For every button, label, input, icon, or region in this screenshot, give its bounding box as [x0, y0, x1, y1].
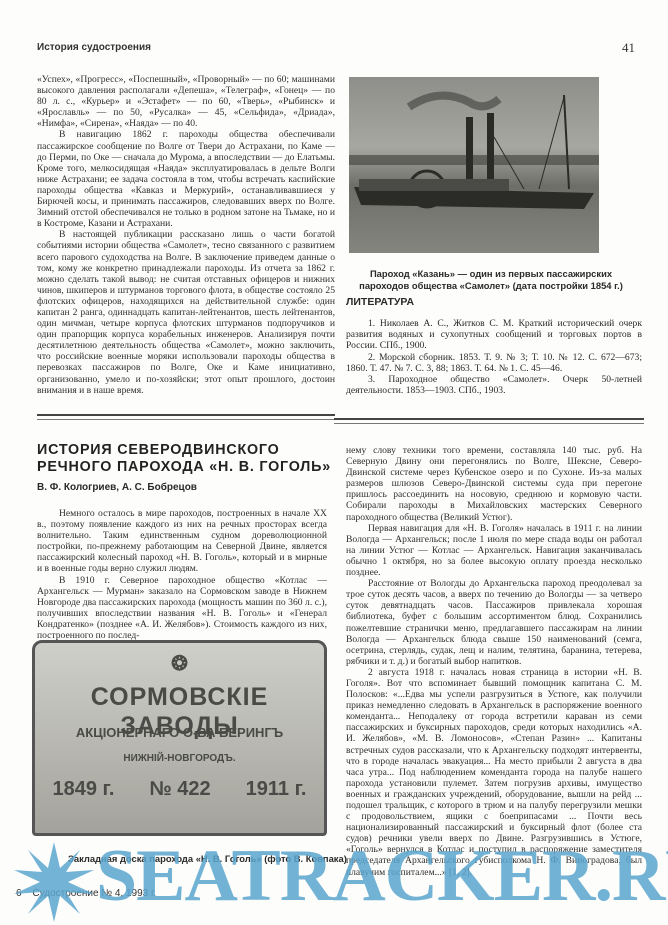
article-column-left: Немного осталось в мире пароходов, постр… [37, 508, 327, 641]
figure-caption-plate: Закладная доска парохода «Н. В. Гоголь» … [68, 853, 347, 864]
plate-year-left: 1849 г. [52, 778, 114, 801]
footer-page-number: 6 [16, 888, 22, 899]
figure-caption-kazan: Пароход «Казань» — один из первых пассаж… [346, 268, 636, 291]
article-title: ИСТОРИЯ СЕВЕРОДВИНСКОГО РЕЧНОГО ПАРОХОДА… [37, 442, 331, 476]
paragraph: Расстояние от Вологды до Архангельска па… [346, 578, 642, 667]
section-divider-left [37, 414, 335, 420]
steamship-kazan-photo [349, 77, 599, 253]
running-head: История судостроения [37, 42, 151, 53]
page-footer: 6 Судостроение № 4, 1993 г. [16, 888, 156, 899]
article-title-line: ИСТОРИЯ СЕВЕРОДВИНСКОГО [37, 442, 331, 459]
paragraph: «Успех», «Прогресс», «Поспешный», «Прово… [37, 74, 335, 129]
paragraph: Первая навигация для «Н. В. Гоголя» нача… [346, 523, 642, 578]
paragraph: В навигацию 1862 г. пароходы общества об… [37, 129, 335, 229]
literature-list: 1. Николаев А. С., Житков С. М. Краткий … [346, 318, 642, 396]
sormovo-plate-photo: ❂ СОРМОВСКІЕ ЗАВОДЫ АКЦІОНЕРНАГО О-ВА БЕ… [32, 640, 327, 836]
paragraph: В 1910 г. Северное пароходное общество «… [37, 575, 327, 642]
footer-journal: Судостроение № 4, 1993 г. [32, 888, 156, 899]
emblem-icon: ❂ [35, 651, 324, 676]
paragraph: В настоящей публикации рассказано лишь о… [37, 229, 335, 395]
page-number: 41 [622, 40, 635, 56]
top-article-column: «Успех», «Прогресс», «Поспешный», «Прово… [37, 74, 335, 396]
literature-heading: ЛИТЕРАТУРА [346, 296, 414, 308]
article-authors: В. Ф. Кологриев, А. С. Бобрецов [37, 482, 197, 493]
paragraph: Немного осталось в мире пароходов, постр… [37, 508, 327, 575]
plate-line: НИЖНІЙ-НОВГОРОДЪ. [35, 753, 324, 764]
paragraph: 2 августа 1918 г. началась новая страниц… [346, 667, 642, 878]
plate-line: АКЦІОНЕРНАГО О-ВА БЕРИНГЪ [35, 725, 324, 740]
plate-number: № 422 [149, 778, 210, 801]
literature-item: 3. Пароходное общество «Самолет». Очерк … [346, 374, 642, 396]
steamship-illustration [349, 77, 599, 253]
plate-numbers: 1849 г. № 422 1911 г. [35, 778, 324, 801]
literature-item: 1. Николаев А. С., Житков С. М. Краткий … [346, 318, 642, 352]
section-divider-right [334, 418, 644, 424]
article-title-line: РЕЧНОГО ПАРОХОДА «Н. В. ГОГОЛЬ» [37, 459, 331, 476]
paragraph: нему слову техники того времени, составл… [346, 445, 642, 523]
plate-year-right: 1911 г. [246, 778, 307, 801]
literature-item: 2. Морской сборник. 1853. Т. 9. № 3; Т. … [346, 352, 642, 374]
article-column-right: нему слову техники того времени, составл… [346, 445, 642, 878]
